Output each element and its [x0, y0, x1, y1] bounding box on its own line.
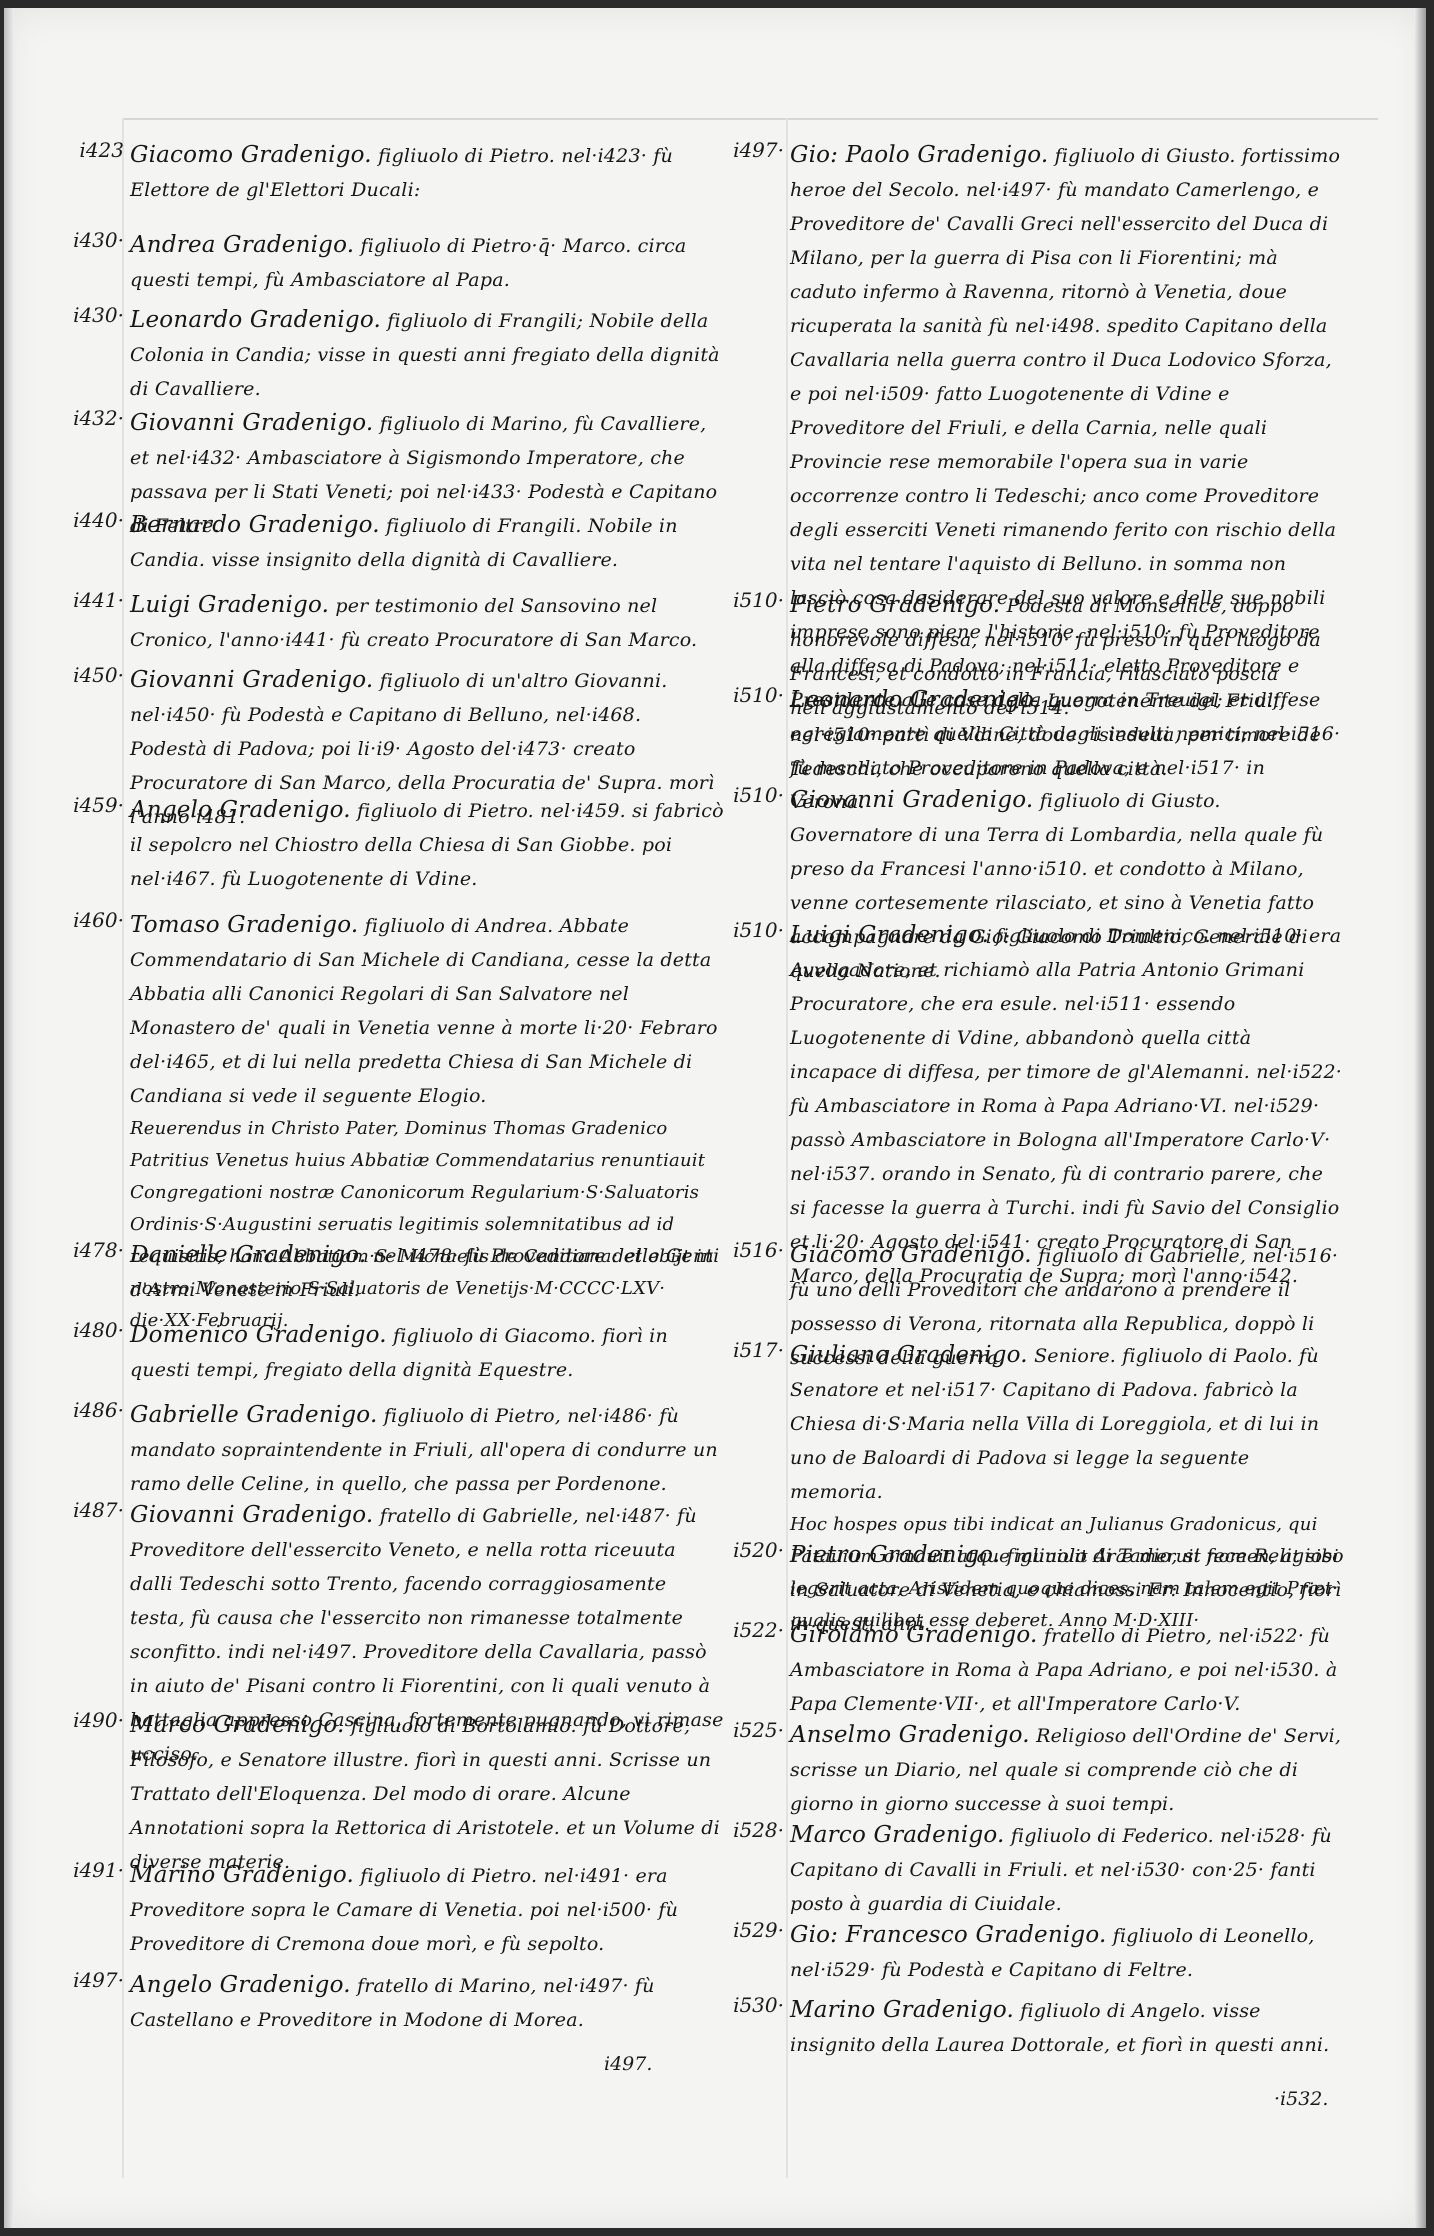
catchword-left: i497.: [604, 2053, 652, 2075]
entry-name: Domenico Gradenigo.: [130, 1322, 387, 1348]
entry-year: i529·: [704, 1918, 784, 1942]
entry: i440·Bernardo Gradenigo. figliuolo di Fr…: [44, 508, 724, 577]
entry-name: Marino Gradenigo.: [790, 1997, 1014, 2023]
entry-name: Giovanni Gradenigo.: [130, 667, 373, 693]
entry-text: figliuolo di Domenico. nel·i510· era Avv…: [790, 925, 1342, 1287]
catchword-right: ·i532.: [1274, 2088, 1328, 2110]
entry: i530·Marino Gradenigo. figliuolo di Ange…: [704, 1993, 1344, 2062]
entry: i430·Leonardo Gradenigo. figliuolo di Fr…: [44, 303, 724, 406]
entry: i441·Luigi Gradenigo. per testimonio del…: [44, 588, 724, 657]
manuscript-page: i423Giacomo Gradenigo. figliuolo di Piet…: [4, 8, 1426, 2228]
entry-year: i430·: [44, 303, 124, 327]
entry: i510·Luigi Gradenigo. figliuolo di Domen…: [704, 918, 1344, 1293]
entry-year: i423: [44, 138, 124, 162]
entry-name: Andrea Gradenigo.: [130, 232, 354, 258]
entry-name: Danielle Gradenigo.: [130, 1242, 366, 1268]
entry-name: Bernardo Gradenigo.: [130, 512, 380, 538]
entry-text: Seniore. figliuolo di Paolo. fù Senatore…: [790, 1345, 1319, 1503]
entry-year: i525·: [704, 1718, 784, 1742]
entry: i478·Danielle Gradenigo. nel·i478· fù Pr…: [44, 1238, 724, 1307]
entry: i497·Angelo Gradenigo. fratello di Marin…: [44, 1968, 724, 2037]
entry: i430·Andrea Gradenigo. figliuolo di Piet…: [44, 228, 724, 297]
entry-year: i510·: [704, 918, 784, 942]
entry-name: Giovanni Gradenigo.: [130, 410, 373, 436]
entry-name: Leonardo Gradenigo.: [130, 307, 381, 333]
entry-name: Giovanni Gradenigo.: [790, 787, 1033, 813]
entry-year: i432·: [44, 406, 124, 430]
entry-year: i486·: [44, 1398, 124, 1422]
entry-name: Pietro Gradenigo.: [790, 1542, 1000, 1568]
entry: i480·Domenico Gradenigo. figliuolo di Gi…: [44, 1318, 724, 1387]
entry-name: Anselmo Gradenigo.: [790, 1722, 1030, 1748]
entry-year: i497·: [704, 138, 784, 162]
entry-year: i510·: [704, 683, 784, 707]
entry-year: i440·: [44, 508, 124, 532]
entry-year: i450·: [44, 663, 124, 687]
entry: i491·Marino Gradenigo. figliuolo di Piet…: [44, 1858, 724, 1961]
entry: i522·Girolamo Gradenigo. fratello di Pie…: [704, 1618, 1344, 1721]
entry: i486·Gabrielle Gradenigo. figliuolo di P…: [44, 1398, 724, 1501]
entry-name: Marco Gradenigo.: [790, 1822, 1005, 1848]
entry-year: i530·: [704, 1993, 784, 2017]
entry-year: i478·: [44, 1238, 124, 1262]
entry-year: i441·: [44, 588, 124, 612]
entry-year: i517·: [704, 1338, 784, 1362]
entry-name: Luigi Gradenigo.: [790, 922, 989, 948]
entry-name: Leonardo Gradenigo.: [790, 687, 1041, 713]
entry-name: Gabrielle Gradenigo.: [130, 1402, 377, 1428]
entry-name: Marino Gradenigo.: [130, 1862, 354, 1888]
entry-year: i460·: [44, 908, 124, 932]
entry: i529·Gio: Francesco Gradenigo. figliuolo…: [704, 1918, 1344, 1987]
entry-year: i497·: [44, 1968, 124, 1992]
entry: i490·Marco Gradenigo. figliuolo di Borto…: [44, 1708, 724, 1879]
entry-name: Pietro Gradenigo.: [790, 592, 1000, 618]
entry: i510·Leonardo Gradenigo. Luogotenente de…: [704, 683, 1344, 786]
entry-year: i510·: [704, 783, 784, 807]
entry-name: Angelo Gradenigo.: [130, 1972, 351, 1998]
entry-year: i520·: [704, 1538, 784, 1562]
entry: i525·Anselmo Gradenigo. Religioso dell'O…: [704, 1718, 1344, 1821]
top-ruled-line: [122, 118, 1378, 120]
entry-name: Tomaso Gradenigo.: [130, 912, 358, 938]
entry-year: i491·: [44, 1858, 124, 1882]
entry-name: Angelo Gradenigo.: [130, 797, 351, 823]
entry: i528·Marco Gradenigo. figliuolo di Feder…: [704, 1818, 1344, 1921]
entry-year: i528·: [704, 1818, 784, 1842]
entry-name: Giuliano Gradenigo.: [790, 1342, 1028, 1368]
entry-year: i487·: [44, 1498, 124, 1522]
entry-year: i459·: [44, 793, 124, 817]
entry-name: Giacomo Gradenigo.: [130, 142, 372, 168]
entry-name: Giovanni Gradenigo.: [130, 1502, 373, 1528]
entry: i423Giacomo Gradenigo. figliuolo di Piet…: [44, 138, 724, 207]
entry-year: i490·: [44, 1708, 124, 1732]
entry-name: Luigi Gradenigo.: [130, 592, 329, 618]
entry-name: Gio: Paolo Gradenigo.: [790, 142, 1048, 168]
entry-text: figliuolo di Andrea. Abbate Commendatari…: [130, 915, 718, 1107]
entry-name: Gio: Francesco Gradenigo.: [790, 1922, 1107, 1948]
entry-year: i510·: [704, 588, 784, 612]
entry: i459·Angelo Gradenigo. figliuolo di Piet…: [44, 793, 724, 896]
entry-year: i430·: [44, 228, 124, 252]
entry-year: i522·: [704, 1618, 784, 1642]
entry-name: Giacomo Gradenigo.: [790, 1242, 1032, 1268]
entry-text: figliuolo di Bortolamio. fù Dottore, Fil…: [130, 1715, 720, 1873]
entry-name: Marco Gradenigo.: [130, 1712, 345, 1738]
entry-year: i480·: [44, 1318, 124, 1342]
entry-name: Girolamo Gradenigo.: [790, 1622, 1037, 1648]
entry-year: i516·: [704, 1238, 784, 1262]
